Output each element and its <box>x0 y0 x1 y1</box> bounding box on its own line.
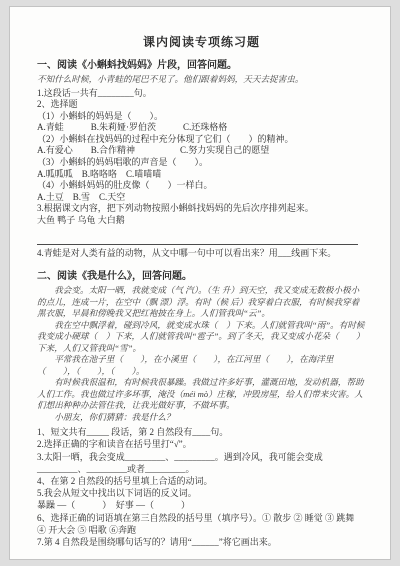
s2-question-1: 1、短文共有_____ 段话，第 2 自然段有____句。 <box>37 426 366 438</box>
s1-question-2-3: （3）小蝌蚪的妈妈唱歌的声音是（ ）。 <box>37 157 366 169</box>
section1-heading: 一、阅读《小蝌蚪找妈妈》片段，回答问题。 <box>37 59 366 72</box>
worksheet-page: 课内阅读专项练习题 一、阅读《小蝌蚪找妈妈》片段，回答问题。 不知什么时候，小青… <box>9 6 391 560</box>
s1-question-2-1-options: A.青蛙 B.朱莉娅·罗伯茨 C.还珠格格 <box>37 122 366 134</box>
s1-question-2-1: （1）小蝌蚪的妈妈是（ ）。 <box>37 111 366 123</box>
passage-paragraph-2: 我在空中飘浮着，碰到冷风，就变成水珠（ ）下来。人们就管我叫“雨”。有时候我变成… <box>37 320 366 355</box>
section2-passage: 我会变。太阳一晒，我就变成（气 汽）。（生 升）到天空，我又变成无数极小极小的点… <box>37 285 366 423</box>
s1-question-3: 3.根据课文内容，把下列动物按照小蝌蚪找妈妈的先后次序排列起来。 <box>37 203 366 215</box>
passage-paragraph-3: 平常我在池子里（ ），在小溪里（ ），在江河里（ ），在海洋里（ ），（ ），（… <box>37 354 366 377</box>
worksheet-title: 课内阅读专项练习题 <box>37 33 366 50</box>
s2-question-2: 2.选择正确的字和读音在括号里打“√”。 <box>37 438 366 450</box>
s1-question-2-2-options: A.有爱心 B.合作精神 C.努力实现自己的愿望 <box>37 145 366 157</box>
s2-question-6-options: ④ 开大会 ⑤ 唱歌 ⑥奔跑 <box>37 524 366 536</box>
section2-questions: 1、短文共有_____ 段话，第 2 自然段有____句。 2.选择正确的字和读… <box>37 426 366 548</box>
s1-question-2: 2、选择题 <box>37 99 366 111</box>
answer-blank-line <box>37 244 358 245</box>
s1-question-2-2: （2）小蝌蚪在找妈妈的过程中充分体现了它们（ ）的精神。 <box>37 134 366 146</box>
s2-question-5: 5.我会从短文中找出以下词语的反义词。 <box>37 487 366 499</box>
s1-question-4: 4.青蛙是对人类有益的动物，从文中哪一句中可以看出来？用___线画下来。 <box>37 248 366 260</box>
passage-paragraph-1: 我会变。太阳一晒，我就变成（气 汽）。（生 升）到天空，我又变成无数极小极小的点… <box>37 285 366 320</box>
s2-question-5-antonyms: 暴躁 —（ ） 好事 —（ ） <box>37 499 366 511</box>
section1-passage: 不知什么时候，小青蛙的尾巴不见了。他们跟着妈妈，天天去捉害虫。 <box>37 74 366 86</box>
section2-heading: 二、阅读《我是什么》，回答问题。 <box>37 270 366 283</box>
s1-question-3-animals: 大鱼 鸭子 乌龟 大白鹅 <box>37 215 366 227</box>
s1-question-2-3-options: A.呱呱呱 B.咯咯咯 C.喵喵喵 <box>37 169 366 181</box>
s1-question-1: 1.这段话一共有________句。 <box>37 88 366 100</box>
s1-question-2-4: （4）小蝌蚪妈妈的肚皮像（ ）一样白。 <box>37 180 366 192</box>
passage-guess-line: 小朋友，你们猜猜：我是什么？ <box>37 412 366 424</box>
s2-question-7: 7.第 4 自然段是围绕哪句话写的？请用“______”将它画出来。 <box>37 536 366 548</box>
s2-question-6: 6、选择正确的词语填在第三自然段的括号里（填序号）。① 散步 ② 睡觉 ③ 跳舞 <box>37 512 366 524</box>
s2-question-4: 4、在第 2 自然段的括号里填上合适的动词。 <box>37 475 366 487</box>
section-2: 二、阅读《我是什么》，回答问题。 我会变。太阳一晒，我就变成（气 汽）。（生 升… <box>37 270 366 548</box>
s1-question-2-4-options: A.土豆 B.雪 C.天空 <box>37 192 366 204</box>
section-1: 一、阅读《小蝌蚪找妈妈》片段，回答问题。 不知什么时候，小青蛙的尾巴不见了。他们… <box>37 59 366 259</box>
passage-paragraph-4: 有时候我很温和，有时候我很暴躁。我做过许多好事，灌溉田地，发动机器，帮助人们工作… <box>37 377 366 412</box>
s2-question-3: 3.太阳一晒，我会变成_________、_________。遇到冷风，我可能会… <box>37 451 366 475</box>
